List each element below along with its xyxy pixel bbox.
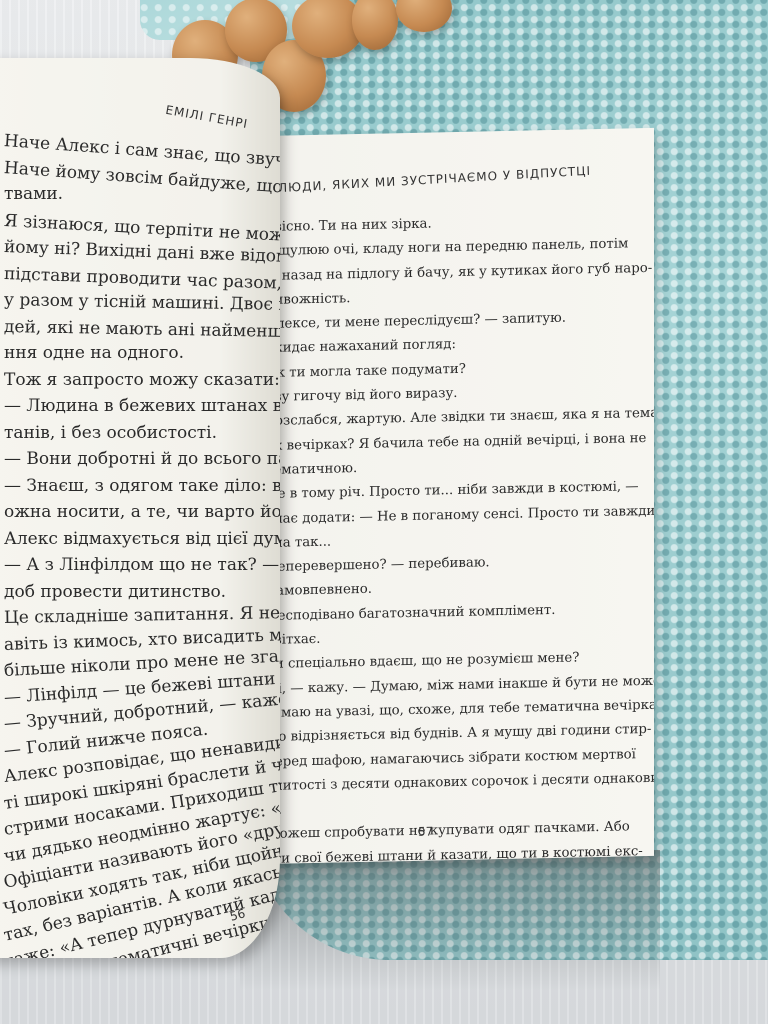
- text-line: дей, які не мають ані найменшої потре: [4, 314, 280, 346]
- right-page: ЛЮДИ, ЯКИХ МИ ЗУСТРІЧАЄМО У ВІДПУСТЦІ Зв…: [258, 128, 654, 864]
- book-shadow: [240, 850, 660, 990]
- text-line: Тож я запросто можу сказати:: [4, 367, 280, 394]
- running-head-left: ЕМІЛІ ГЕНРІ: [164, 103, 249, 131]
- left-page: ЕМІЛІ ГЕНРІ Наче Алекс і сам знає, що зв…: [0, 58, 280, 958]
- text-line: — А з Лінфілдом що не так? — запит: [4, 552, 280, 579]
- right-page-text: Звісно. Ти на них зірка. зіщулюю очі, кл…: [266, 208, 646, 864]
- text-line: ожна носити, а те, чи варто його носи: [4, 499, 280, 526]
- text-line: — Знаєш, з одягом таке діло: важли: [4, 473, 280, 500]
- text-line: — Вони добротні й до всього пасують,: [4, 446, 280, 473]
- text-line: Алекс відмахується від цієї думки.: [4, 526, 280, 553]
- running-head-right: ЛЮДИ, ЯКИХ МИ ЗУСТРІЧАЄМО У ВІДПУСТЦІ: [278, 164, 591, 195]
- left-page-text: Наче Алекс і сам знає, що звучить сміш Н…: [4, 128, 280, 958]
- text-line: — Людина в бежевих штанах виглядає: [4, 393, 280, 420]
- text-line: танів, і без особистості.: [4, 420, 280, 447]
- page-number-right: 57: [418, 824, 433, 838]
